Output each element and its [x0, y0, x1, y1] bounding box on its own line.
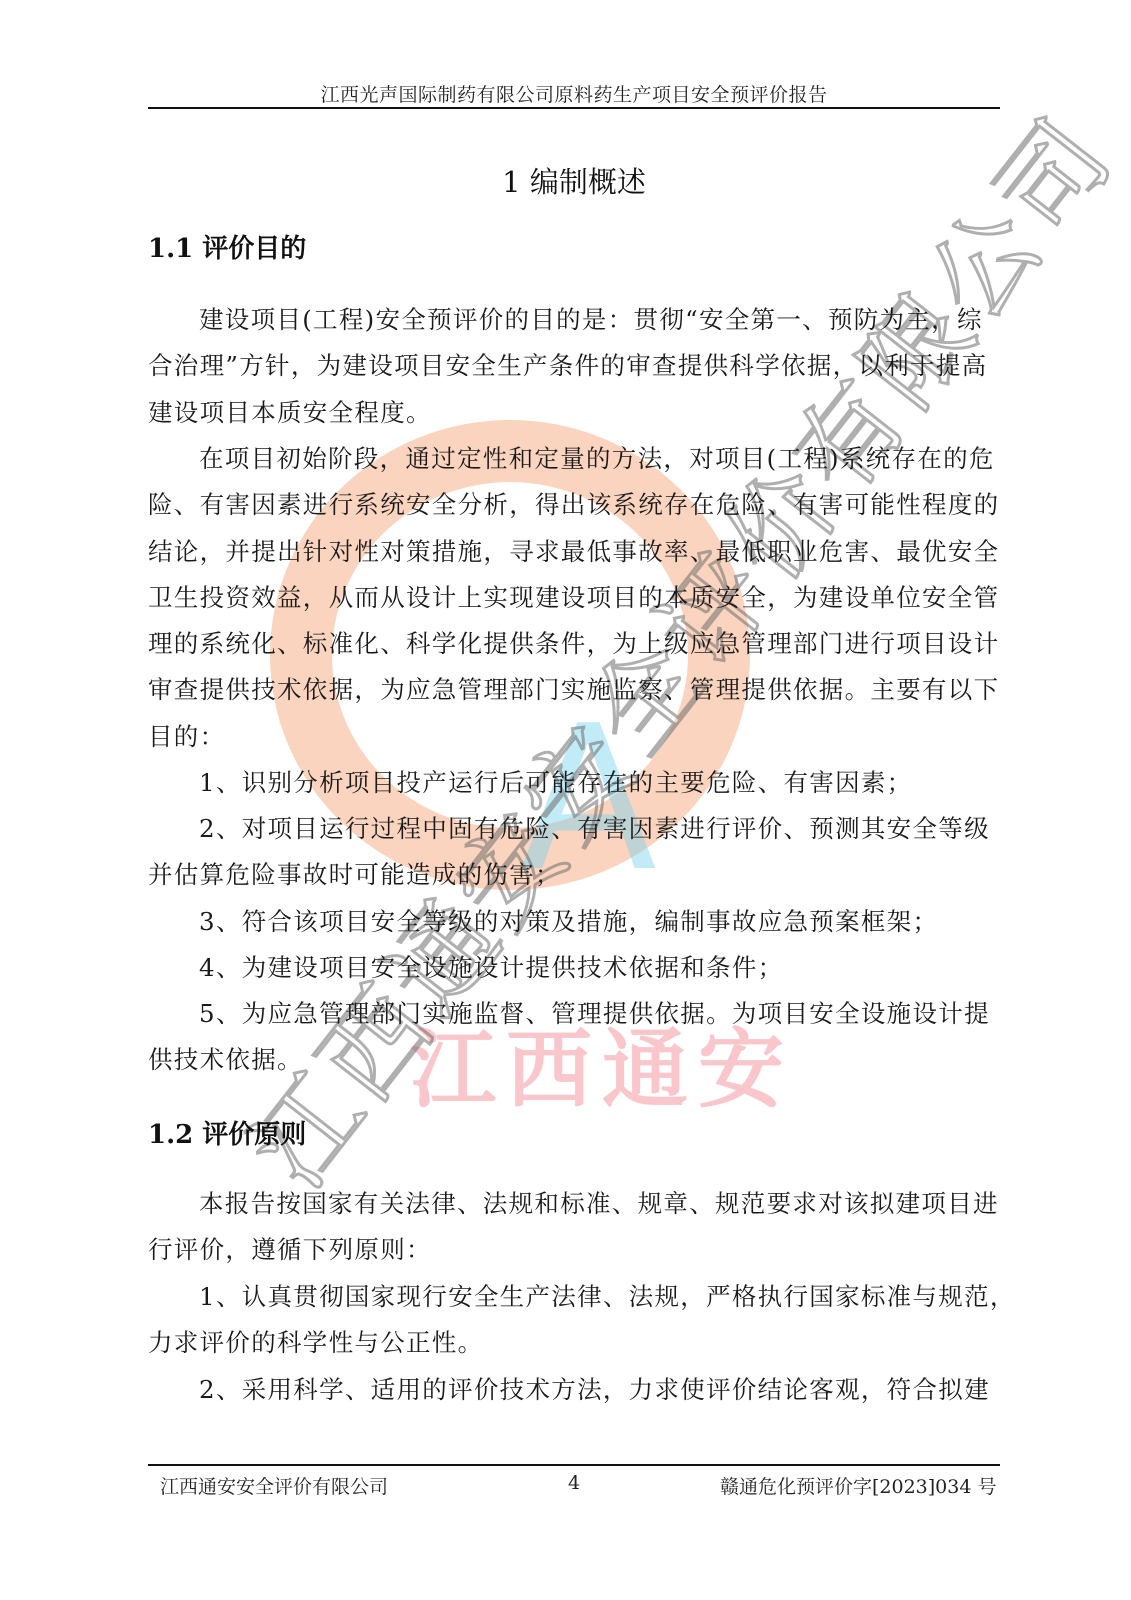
list-item: 1、识别分析项目投产运行后可能存在的主要危险、有害因素； — [148, 760, 1004, 806]
section-heading-1-2: 1.2 评价原则 — [148, 1114, 306, 1151]
text-line: 并估算危险事故时可能造成的伤害； — [148, 852, 1004, 898]
text-line: 险、有害因素进行系统安全分析，得出该系统存在危险、有害可能性程度的 — [148, 482, 1004, 528]
list-item: 3、符合该项目安全等级的对策及措施，编制事故应急预案框架； — [148, 899, 1004, 945]
text-line: 4、为建设项目安全设施设计提供技术依据和条件； — [148, 945, 1004, 991]
text-line: 建设项目本质安全程度。 — [148, 390, 1004, 436]
text-line: 2、采用科学、适用的评价技术方法，力求使评价结论客观，符合拟建 — [148, 1367, 1004, 1413]
text-line: 供技术依据。 — [148, 1037, 1004, 1083]
paragraph: 本报告按国家有关法律、法规和标准、规章、规范要求对该拟建项目进 行评价，遵循下列… — [148, 1181, 1004, 1274]
list-item: 4、为建设项目安全设施设计提供技术依据和条件； — [148, 945, 1004, 991]
footer-divider — [148, 1464, 1000, 1466]
chapter-title: 1 编制概述 — [148, 160, 1000, 201]
text-line: 合治理”方针，为建设项目安全生产条件的审查提供科学依据，以利于提高 — [148, 343, 1004, 389]
list-item: 2、采用科学、适用的评价技术方法，力求使评价结论客观，符合拟建 — [148, 1367, 1004, 1413]
text-line: 3、符合该项目安全等级的对策及措施，编制事故应急预案框架； — [148, 899, 1004, 945]
list-item: 5、为应急管理部门实施监督、管理提供依据。为项目安全设施设计提 供技术依据。 — [148, 991, 1004, 1084]
text-line: 在项目初始阶段，通过定性和定量的方法，对项目(工程)系统存在的危 — [148, 436, 1004, 482]
list-item: 2、对项目运行过程中固有危险、有害因素进行评价、预测其安全等级 并估算危险事故时… — [148, 806, 1004, 899]
text-line: 1、识别分析项目投产运行后可能存在的主要危险、有害因素； — [148, 760, 1004, 806]
text-line: 行评价，遵循下列原则： — [148, 1227, 1004, 1273]
header-divider — [148, 107, 1000, 109]
page-number: 4 — [568, 1472, 580, 1494]
text-line: 力求评价的科学性与公正性。 — [148, 1320, 1004, 1366]
text-line: 建设项目(工程)安全预评价的目的是：贯彻“安全第一、预防为主，综 — [148, 297, 1004, 343]
section-heading-1-1: 1.1 评价目的 — [148, 228, 306, 265]
text-line: 审查提供技术依据，为应急管理部门实施监察、管理提供依据。主要有以下 — [148, 667, 1004, 713]
text-line: 本报告按国家有关法律、法规和标准、规章、规范要求对该拟建项目进 — [148, 1181, 1004, 1227]
text-line: 目的： — [148, 714, 1004, 760]
text-line: 理的系统化、标准化、科学化提供条件，为上级应急管理部门进行项目设计 — [148, 621, 1004, 667]
list-item: 1、认真贯彻国家现行安全生产法律、法规，严格执行国家标准与规范， 力求评价的科学… — [148, 1274, 1004, 1367]
paragraph: 在项目初始阶段，通过定性和定量的方法，对项目(工程)系统存在的危 险、有害因素进… — [148, 436, 1004, 760]
text-line: 5、为应急管理部门实施监督、管理提供依据。为项目安全设施设计提 — [148, 991, 1004, 1037]
running-header: 江西光声国际制药有限公司原料药生产项目安全预评价报告 — [148, 80, 1000, 107]
paragraph: 建设项目(工程)安全预评价的目的是：贯彻“安全第一、预防为主，综 合治理”方针，… — [148, 297, 1004, 436]
text-line: 结论，并提出针对性对策措施，寻求最低事故率、最低职业危害、最优安全 — [148, 529, 1004, 575]
footer-doc-code: 赣通危化预评价字[2023]034 号 — [720, 1472, 996, 1499]
footer-company: 江西通安安全评价有限公司 — [160, 1472, 388, 1499]
text-line: 1、认真贯彻国家现行安全生产法律、法规，严格执行国家标准与规范， — [148, 1274, 1004, 1320]
text-line: 2、对项目运行过程中固有危险、有害因素进行评价、预测其安全等级 — [148, 806, 1004, 852]
document-page: A 江西通安 江西通安安全评价有限公司 江西光声国际制药有限公司原料药生产项目安… — [0, 0, 1131, 1600]
text-line: 卫生投资效益，从而从设计上实现建设项目的本质安全，为建设单位安全管 — [148, 575, 1004, 621]
